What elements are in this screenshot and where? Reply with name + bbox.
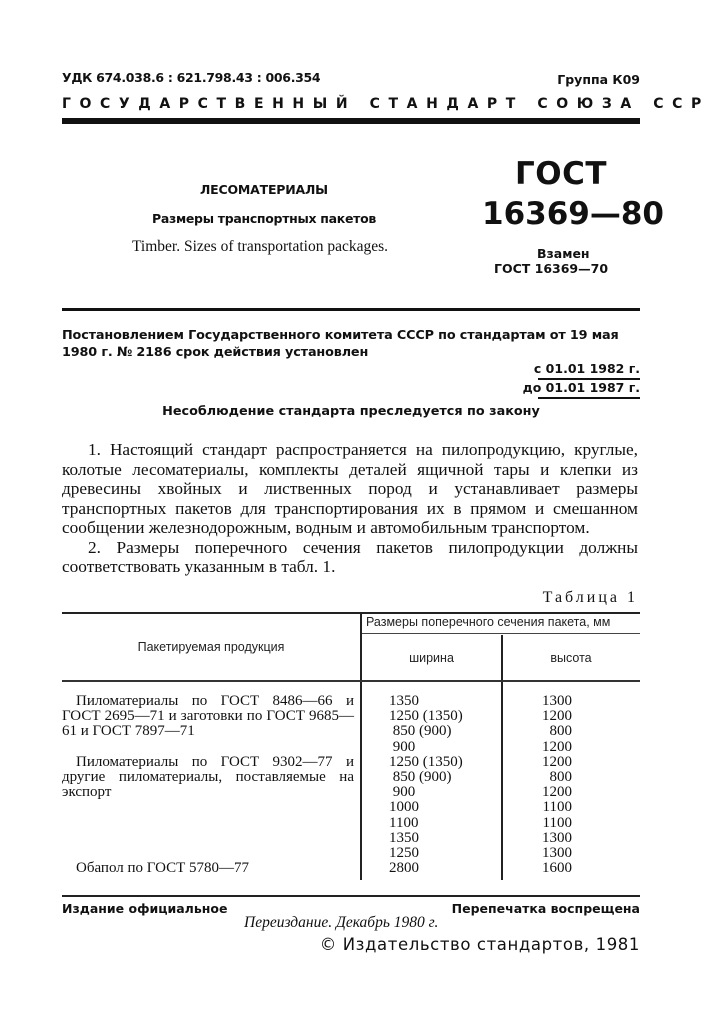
gost-label: ГОСТ	[515, 156, 607, 192]
table-cell-width: 900	[389, 785, 415, 800]
column-header-product: Пакетируемая продукция	[62, 640, 360, 654]
table-cell-width: 1350	[389, 694, 419, 709]
table-cell-width: 850 (900)	[389, 770, 452, 785]
table-cell-height: 1200	[530, 740, 572, 755]
valid-to-underline	[538, 397, 640, 399]
decree-text: Постановлением Государственного комитета…	[62, 327, 642, 361]
reprint-prohibited: Перепечатка воспрещена	[452, 901, 640, 916]
document-subtitle: Размеры транспортных пакетов	[152, 211, 376, 226]
paragraph-2: 2. Размеры поперечного сечения пакетов п…	[62, 538, 638, 577]
table-cell-width: 1350	[389, 831, 419, 846]
table-cell-width: 1000	[389, 800, 419, 815]
table-cell-height: 1200	[530, 755, 572, 770]
column-header-width: ширина	[362, 651, 501, 665]
footer-rule	[62, 895, 640, 897]
table-cell-height: 1200	[530, 785, 572, 800]
valid-to: до 01.01 1987 г.	[523, 380, 640, 395]
table-cell-width: 1250 (1350)	[389, 755, 463, 770]
table-cell-width: 1250	[389, 846, 419, 861]
table-cell-height: 800	[530, 724, 572, 739]
table-cell-width: 1100	[389, 816, 418, 831]
table-top-rule	[62, 612, 640, 614]
table-column-divider	[501, 635, 503, 880]
table-cell-width: 2800	[389, 861, 419, 876]
table-product-cell: Пиломатериалы по ГОСТ 8486—66 и ГОСТ 269…	[62, 694, 354, 739]
gost-number: 16369—80	[482, 196, 664, 232]
column-header-height: высота	[502, 651, 640, 665]
body-text: 1. Настоящий стандарт распространяется н…	[62, 440, 638, 577]
table-product-cell: Обапол по ГОСТ 5780—77	[62, 861, 354, 876]
table-cell-width: 850 (900)	[389, 724, 452, 739]
header-rule	[62, 118, 640, 124]
table-cell-height: 1300	[530, 694, 572, 709]
document-title-english: Timber. Sizes of transportation packages…	[132, 238, 388, 256]
replaces-label: Взамен	[537, 246, 590, 261]
replaced-standard: ГОСТ 16369—70	[494, 261, 608, 276]
publisher-copyright: © Издательство стандартов, 1981	[320, 935, 640, 954]
title-rule	[62, 308, 640, 311]
paragraph-1: 1. Настоящий стандарт распространяется н…	[62, 440, 638, 538]
table-cell-width: 1250 (1350)	[389, 709, 463, 724]
table-product-cell: Пиломатериалы по ГОСТ 9302—77 и другие п…	[62, 755, 354, 800]
reissue-note: Переиздание. Декабрь 1980 г.	[244, 914, 438, 932]
standard-banner: ГОСУДАРСТВЕННЫЙ СТАНДАРТ СОЮЗА ССР	[62, 96, 640, 112]
valid-from: с 01.01 1982 г.	[534, 361, 640, 376]
product-description: Обапол по ГОСТ 5780—77	[62, 861, 354, 876]
table-cell-height: 1100	[530, 816, 572, 831]
table-cell-width: 900	[389, 740, 415, 755]
group-code: Группа К09	[557, 72, 640, 87]
legal-notice: Несоблюдение стандарта преследуется по з…	[62, 404, 640, 419]
udk-code: УДК 674.038.6 : 621.798.43 : 006.354	[62, 70, 320, 85]
table-subheader-rule	[362, 633, 640, 634]
column-header-size: Размеры поперечного сечения пакета, мм	[366, 615, 640, 629]
table-cell-height: 1300	[530, 831, 572, 846]
table-caption: Таблица 1	[543, 589, 638, 607]
table-cell-height: 800	[530, 770, 572, 785]
table-cell-height: 1100	[530, 800, 572, 815]
table-header-rule	[62, 680, 640, 682]
table-cell-height: 1600	[530, 861, 572, 876]
official-edition: Издание официальное	[62, 901, 227, 916]
product-description: Пиломатериалы по ГОСТ 8486—66 и ГОСТ 269…	[62, 694, 354, 739]
document-title: ЛЕСОМАТЕРИАЛЫ	[200, 182, 328, 197]
table-cell-height: 1200	[530, 709, 572, 724]
table-cell-height: 1300	[530, 846, 572, 861]
product-description: Пиломатериалы по ГОСТ 9302—77 и другие п…	[62, 755, 354, 800]
